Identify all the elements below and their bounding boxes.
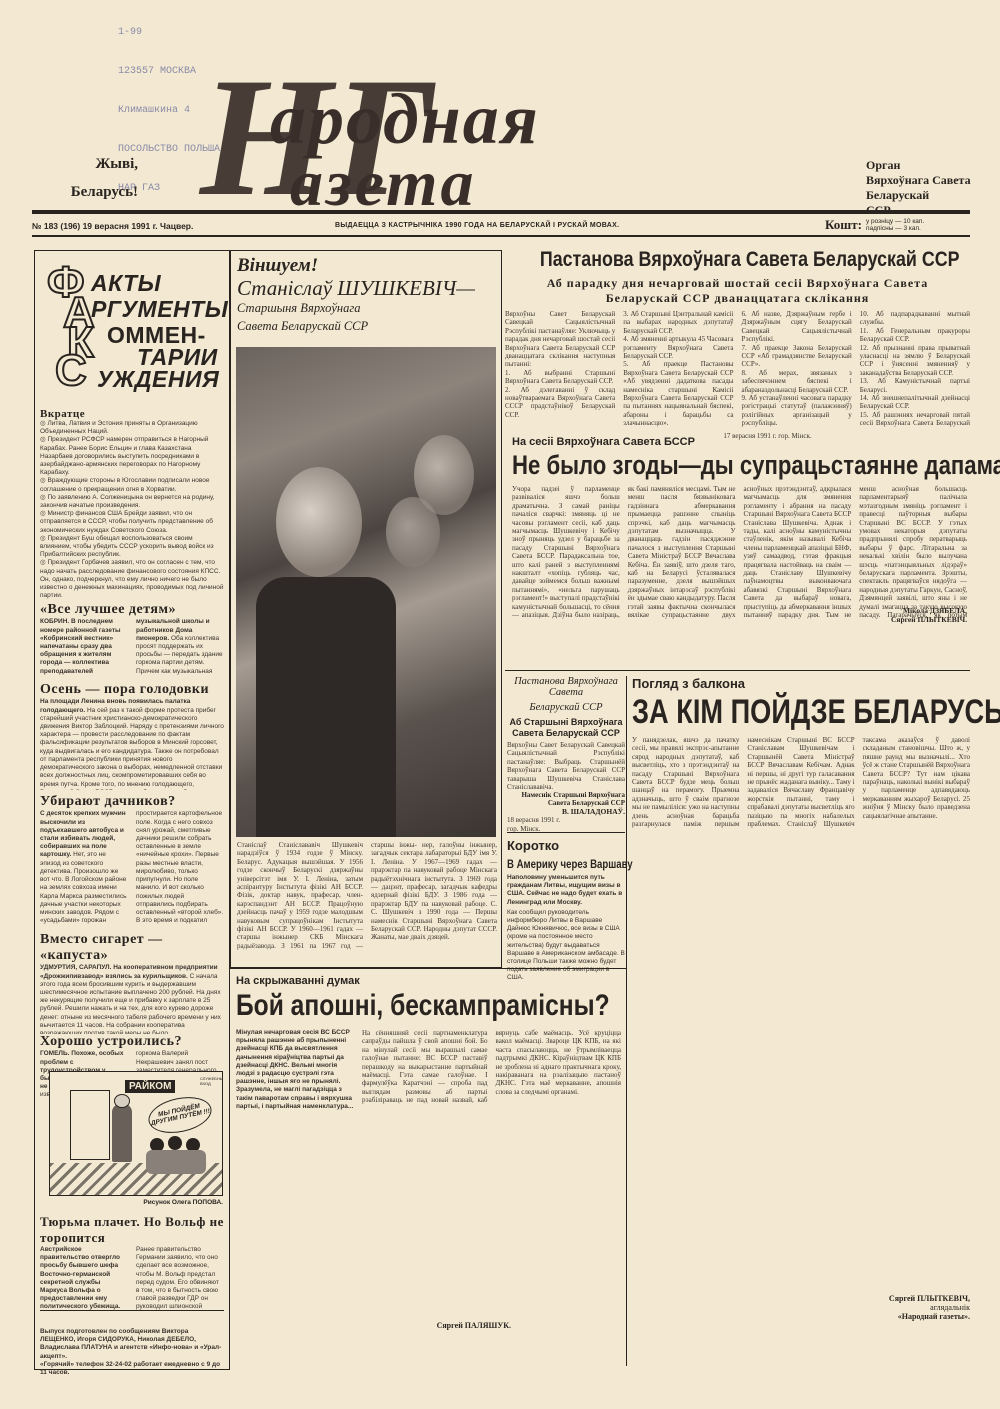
masthead-organ: Орган Вярхоўнага Савета Беларускай ССР — [866, 158, 971, 218]
opinion-body: На сённяшняй сесіі партнаменклатура сапр… — [362, 1029, 621, 1329]
hunger-article: На площади Ленина вновь появилась палатк… — [40, 698, 224, 790]
masthead-rule-bottom — [32, 235, 970, 237]
cabbage-title: Вместо сигарет — «капуста» — [40, 932, 224, 964]
fakts-footer: Выпуск подготовлен по сообщениям Виктора… — [40, 1328, 224, 1377]
children-title: «Все лучшее детям» — [40, 602, 224, 618]
cartoon-credit: Рисунок Олега ПОПОВА. — [49, 1199, 223, 1206]
resolution-title: Пастанова Вярхоўнага Савета Беларускай С… — [540, 248, 935, 272]
briefly-headline: В Америку через Варшаву — [507, 857, 601, 871]
brief-item: ◎ Министр финансов США Брейди заявил, чт… — [40, 510, 224, 535]
cabbage-article: УДМУРТИЯ, САРАПУЛ. На кооперативном пред… — [40, 964, 224, 1034]
brief-item: ◎ Литва, Латвия и Эстония приняты в Орга… — [40, 420, 224, 436]
balcony-kicker: Погляд з балкона — [632, 676, 970, 691]
opinion-article: На скрыжаванні думак Бой апошні, бескамп… — [236, 975, 621, 1330]
briefly-body: Как сообщил руководитель информбюро Литв… — [507, 909, 625, 983]
cartoon-guard-figure — [112, 1104, 132, 1162]
resolution2-title-2: Беларускай ССР — [507, 702, 625, 713]
balcony-author: Сяргей ПЛЫТКЕВІЧ, аглядальнік «Народнай … — [632, 1294, 970, 1321]
resolution-section: Пастанова Вярхоўнага Савета Беларускай С… — [505, 248, 970, 440]
children-article: КОБРИН. В последнем номере районной газе… — [40, 618, 224, 682]
balcony-headline: ЗА КІМ ПОЙДЗЕ БЕЛАРУСЬ? — [632, 693, 902, 732]
wolf-article: Австрийское правительство отвергло прось… — [40, 1246, 224, 1316]
masthead-rule-top — [32, 210, 970, 214]
cartoon-raikom-sign: РАЙКОМ — [125, 1080, 175, 1093]
brief-item: ◎ По заявлению А. Солженицына он вернетс… — [40, 494, 224, 510]
resolution-subtitle-2: Беларускай ССР дванаццатага склікання — [505, 291, 970, 306]
briefly-section: Коротко В Америку через Варшаву Наполови… — [507, 838, 625, 983]
resolution2-subject: Аб Старшыні Вярхоўнага Савета Беларускай… — [507, 717, 625, 739]
briefs-list: ◎ Литва, Латвия и Эстония приняты в Орга… — [40, 420, 224, 600]
session-kicker: На сесіі Вярхоўнага Савета БССР — [512, 436, 967, 448]
congrats-name: Станіслаў ШУШКЕВІЧ— — [237, 276, 475, 301]
fakts-section: Ф А К С АКТЫ РГУМЕНТЫ ОММЕН- ТАРИИ УЖДЕН… — [34, 250, 230, 1370]
issue-number-date: № 183 (196) 19 верасня 1991 г. Чацвер. — [32, 221, 193, 231]
opinion-kicker: На скрыжаванні думак — [236, 975, 621, 987]
resolution2-title-1: Пастанова Вярхоўнага Савета — [507, 676, 625, 698]
price-info: Кошт: у розніцу — 10 кап.падпісны — 3 ка… — [825, 217, 924, 233]
congrats-position-1: Старшыня Вярхоўнага — [237, 301, 360, 316]
session-body: Учора падзеі ў парламенце развіваліся яш… — [512, 485, 967, 622]
congrats-position-2: Савета Беларускай ССР — [237, 319, 368, 334]
session-article: На сесіі Вярхоўнага Савета БССР Не было … — [512, 436, 967, 624]
congrats-bio: Станіслаў Станіслававіч Шушкевіч нарадзі… — [237, 841, 497, 965]
wolf-title: Тюрьма плачет. Но Вольф не торопится — [40, 1214, 224, 1246]
publishing-note: ВЫДАЕЦЦА З КАСТРЫЧНІКА 1990 ГОДА НА БЕЛА… — [335, 222, 619, 229]
brief-item: ◎ Президент Буш обещал воспользоваться с… — [40, 535, 224, 560]
session-headline: Не было згоды—ды супрацьстаянне дапамагл… — [512, 450, 885, 481]
resolution2-section: Пастанова Вярхоўнага Савета Беларускай С… — [507, 676, 625, 833]
resolution-body: Вярхоўны Савет Беларускай Савецкай Сацыя… — [505, 310, 970, 432]
stamp-line: 1-99 — [118, 26, 220, 39]
brief-item: ◎ Президент Горбачев заявил, что он согл… — [40, 559, 224, 600]
briefly-title: Коротко — [507, 838, 625, 853]
shushkevich-photo — [236, 347, 496, 837]
congrats-section: Віншуем! Станіслаў ШУШКЕВІЧ— Старшыня Вя… — [230, 250, 502, 968]
newspaper-masthead-logo: НГ ародная азета — [200, 58, 700, 218]
congrats-kicker: Віншуем! — [237, 255, 318, 277]
hunger-title: Осень — пора голодовки — [40, 682, 224, 698]
dacha-article: С десяток крепких мужчин выскочили из по… — [40, 810, 224, 932]
dacha-title: Убирают дачников? — [40, 794, 224, 810]
opinion-lead: Мінулая нечарговая сесія ВС БССР прыняла… — [236, 1029, 354, 1329]
resolution-subtitle-1: Аб парадку дня нечарговай шостай сесіі В… — [505, 276, 970, 291]
briefs-title: Вкратце — [40, 408, 224, 420]
resolution2-body: Вярхоўны Савет Беларускай Савецкай Сацыя… — [507, 741, 625, 791]
cartoon-speech-bubble: МЫ ПОЙДЁМ ДРУГИМ ПУТЁМ !!! — [145, 1092, 215, 1139]
balcony-article: Погляд з балкона ЗА КІМ ПОЙДЗЕ БЕЛАРУСЬ?… — [632, 676, 970, 1321]
balcony-body: У панядзелак, яшчэ да пачатку сесіі, мы … — [632, 736, 970, 1326]
resolution2-signer: В. ШАЛАДОНАЎ. — [507, 807, 625, 816]
brief-item: ◎ Президент РСФСР намерен отправиться в … — [40, 436, 224, 477]
settled-title: Хорошо устроились? — [40, 1034, 224, 1050]
cartoon-illustration: РАЙКОМ МЫ ПОЙДЁМ ДРУГИМ ПУТЁМ !!! СЛУЖЕБ… — [49, 1071, 223, 1196]
opinion-headline: Бой апошні, бескампрамісны? — [236, 989, 552, 1023]
masthead-slogan: Жыві, Беларусь! — [68, 150, 138, 206]
briefly-lead: Наполовину уменьшится путь гражданам Лит… — [507, 874, 625, 907]
brief-item: ◎ Враждующие стороны в Югославии подписа… — [40, 477, 224, 493]
